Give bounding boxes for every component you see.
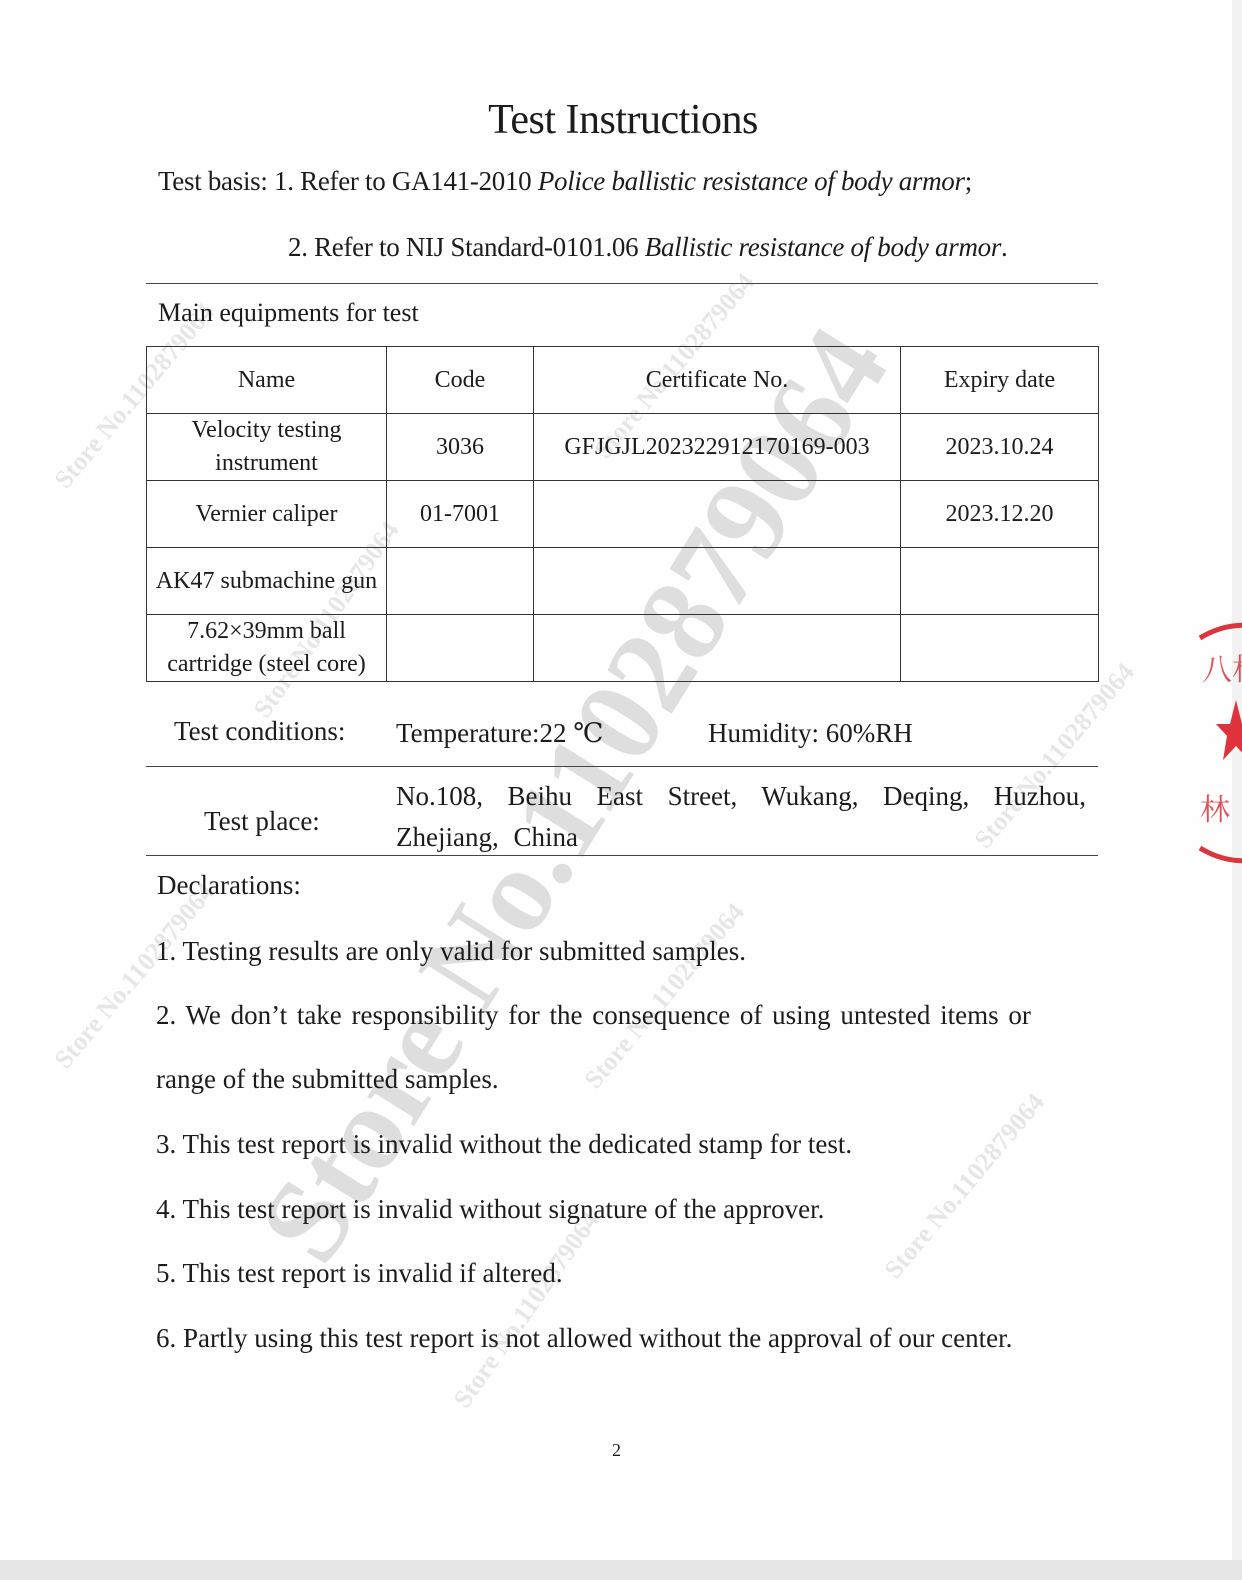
page-edge-bottom (0, 1560, 1242, 1580)
punctuation: . (1001, 232, 1007, 262)
column-header-expiry: Expiry date (901, 347, 1099, 414)
cell-expiry: 2023.12.20 (901, 481, 1099, 548)
table-row: 7.62×39mm ball cartridge (steel core) (147, 615, 1099, 682)
test-basis-ref: 1. Refer to GA141-2010 (274, 166, 531, 196)
test-basis-label: Test basis: (158, 166, 268, 196)
declaration-item: 5. This test report is invalid if altere… (156, 1258, 563, 1289)
svg-text:林: 林 (1200, 793, 1230, 828)
test-basis-standard-title: Ballistic resistance of body armor (645, 232, 1001, 262)
test-place-address: No.108, Beihu East Street, Wukang, Deqin… (396, 776, 1086, 858)
equipment-table: Name Code Certificate No. Expiry date Ve… (146, 346, 1099, 682)
column-header-name: Name (147, 347, 387, 414)
test-basis-ref: 2. Refer to NIJ Standard-0101.06 (288, 232, 638, 262)
cell-expiry (901, 548, 1099, 615)
declarations-label: Declarations: (157, 870, 301, 901)
cell-code (387, 548, 534, 615)
declaration-item: 2. We don’t take responsibility for the … (156, 1000, 1031, 1031)
declaration-item: 6. Partly using this test report is not … (156, 1323, 1012, 1354)
cell-name: 7.62×39mm ball cartridge (steel core) (147, 615, 387, 682)
cell-name: Vernier caliper (147, 481, 387, 548)
divider (146, 283, 1098, 284)
table-header-row: Name Code Certificate No. Expiry date (147, 347, 1099, 414)
test-place-label: Test place: (204, 806, 320, 837)
cell-code: 3036 (387, 414, 534, 481)
table-row: Velocity testing instrument 3036 GFJGJL2… (147, 414, 1099, 481)
declaration-item: 3. This test report is invalid without t… (156, 1129, 852, 1160)
test-basis-line-1: Test basis: 1. Refer to GA141-2010 Polic… (158, 166, 972, 197)
cell-certificate: GFJGJL202322912170169-003 (534, 414, 901, 481)
temperature-value: Temperature:22 ℃ (396, 718, 603, 749)
cell-name: AK47 submachine gun (147, 548, 387, 615)
punctuation: ; (965, 166, 972, 196)
cell-code: 01-7001 (387, 481, 534, 548)
cell-certificate (534, 548, 901, 615)
divider (146, 855, 1098, 856)
declaration-item: 4. This test report is invalid without s… (156, 1194, 824, 1225)
cell-code (387, 615, 534, 682)
svg-text:八林: 八林 (1202, 653, 1242, 688)
cell-name: Velocity testing instrument (147, 414, 387, 481)
cell-expiry: 2023.10.24 (901, 414, 1099, 481)
table-row: Vernier caliper 01-7001 2023.12.20 (147, 481, 1099, 548)
test-conditions-label: Test conditions: (174, 716, 345, 747)
declaration-item: 1. Testing results are only valid for su… (156, 936, 746, 967)
table-row: AK47 submachine gun (147, 548, 1099, 615)
red-seal-stamp-icon: 八林 林 (1196, 620, 1242, 865)
divider (146, 766, 1098, 767)
page-number: 2 (612, 1440, 621, 1461)
column-header-code: Code (387, 347, 534, 414)
cell-certificate (534, 481, 901, 548)
cell-certificate (534, 615, 901, 682)
test-basis-line-2: 2. Refer to NIJ Standard-0101.06 Ballist… (288, 232, 1008, 263)
test-basis-standard-title: Police ballistic resistance of body armo… (538, 166, 965, 196)
cell-expiry (901, 615, 1099, 682)
equipment-section-label: Main equipments for test (158, 298, 419, 328)
humidity-value: Humidity: 60%RH (708, 718, 913, 749)
column-header-certificate: Certificate No. (534, 347, 901, 414)
document-title: Test Instructions (0, 96, 1242, 144)
declaration-item-continuation: range of the submitted samples. (156, 1064, 499, 1095)
